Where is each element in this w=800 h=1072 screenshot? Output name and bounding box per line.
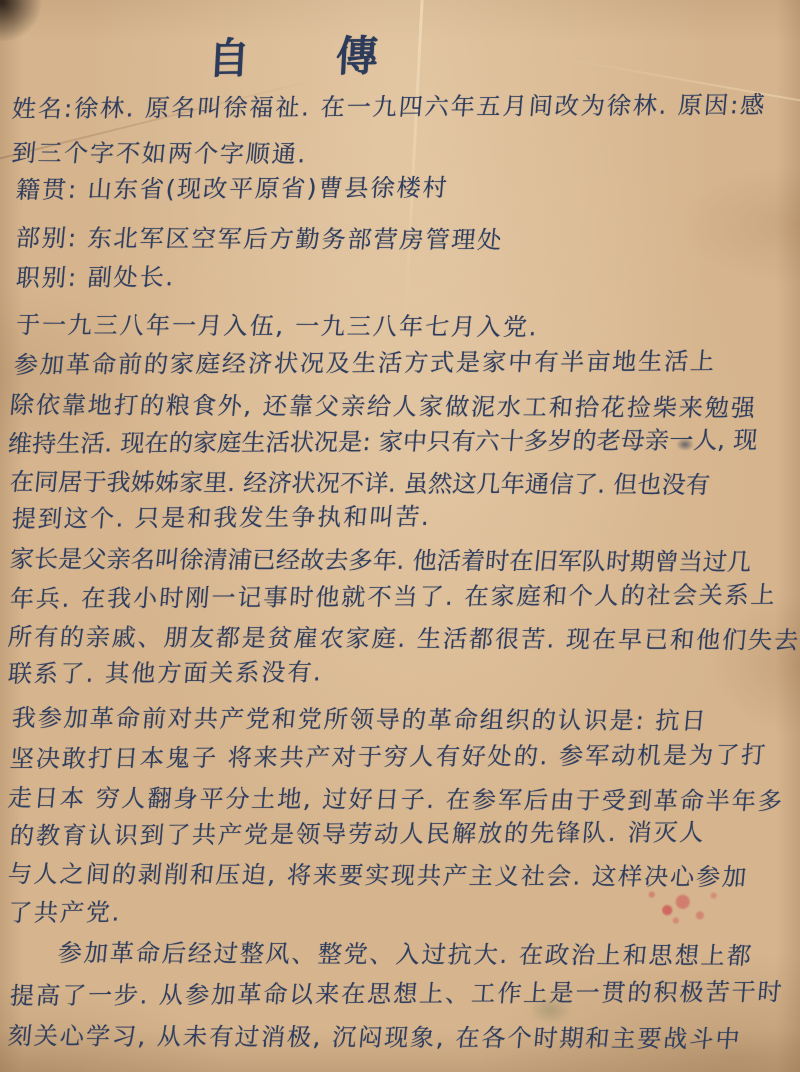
handwritten-line: 了共产党. [7,896,123,929]
handwritten-line: 参加革命前的家庭经济状况及生活方式是家中有半亩地生活上 [13,345,718,381]
handwritten-line: 籍贯: 山东省(现改平原省)曹县徐楼村 [15,172,450,206]
handwritten-line: 走日本 穷人翻身平分土地, 过好日子. 在参军后由于受到革命半年多 [7,782,786,817]
red-ink-stamp-mark [638,880,724,932]
document-title-text: 自傳 [207,30,466,84]
handwritten-line: 参加革命后经过整风、整党、入过抗大. 在政治上和思想上都 [57,937,755,972]
handwritten-line: 联系了. 其他方面关系没有. [7,656,325,690]
handwritten-line: 职别: 副处长. [15,261,177,294]
handwritten-line: 家长是父亲名叫徐清浦已经故去多年. 他活着时在旧军队时期曾当过几 [9,543,753,578]
handwritten-line: 到三个字不如两个字顺通. [11,137,309,170]
handwritten-line: 除依靠地打的粮食外, 还靠父亲给人家做泥水工和拾花捡柴来勉强 [9,389,759,424]
handwritten-line: 年兵. 在我小时刚一记事时他就不当了. 在家庭和个人的社会关系上 [9,579,778,615]
handwritten-line: 提高了一步. 从参加革命以来在思想上、工作上是一贯的积极苦干时 [9,976,785,1012]
handwritten-line: 部别: 东北军区空军后方勤务部营房管理处 [15,222,505,256]
handwritten-line: 维持生活. 现在的家庭生活状况是: 家中只有六十多岁的老母亲一人, 现 [7,424,759,460]
handwritten-line: 于一九三八年一月入伍, 一九三八年七月入党. [15,309,541,343]
handwritten-line: 提到这个. 只是和我发生争执和叫苦. [11,501,433,535]
document-title: 自傳 [206,22,465,87]
handwritten-line: 坚决敢打日本鬼子 将来共产对于穷人有好处的. 参军动机是为了打 [9,739,769,775]
handwritten-line: 我参加革命前对共产党和党所领导的革命组织的认识是: 抗日 [11,702,709,737]
ink-blot [676,438,694,451]
paper-sheet: 自傳 姓名:徐林. 原名叫徐福祉. 在一九四六年五月间改为徐林. 原因:感 到三… [0,0,800,1072]
handwritten-line: 所有的亲戚、朋友都是贫雇农家庭. 生活都很苦. 现在早已和他们失去 [7,621,800,656]
handwritten-line: 的教育认识到了共产党是领导劳动人民解放的先锋队. 消灭人 [9,816,707,852]
paper-stain [528,996,572,1024]
handwritten-line: 在同居于我姊姊家里. 经济状况不详. 虽然这几年通信了. 但也没有 [9,466,712,501]
handwritten-line: 姓名:徐林. 原名叫徐福祉. 在一九四六年五月间改为徐林. 原因:感 [11,89,768,125]
handwritten-line: 刻关心学习, 从未有过消极, 沉闷现象, 在各个时期和主要战斗中 [7,1020,743,1055]
